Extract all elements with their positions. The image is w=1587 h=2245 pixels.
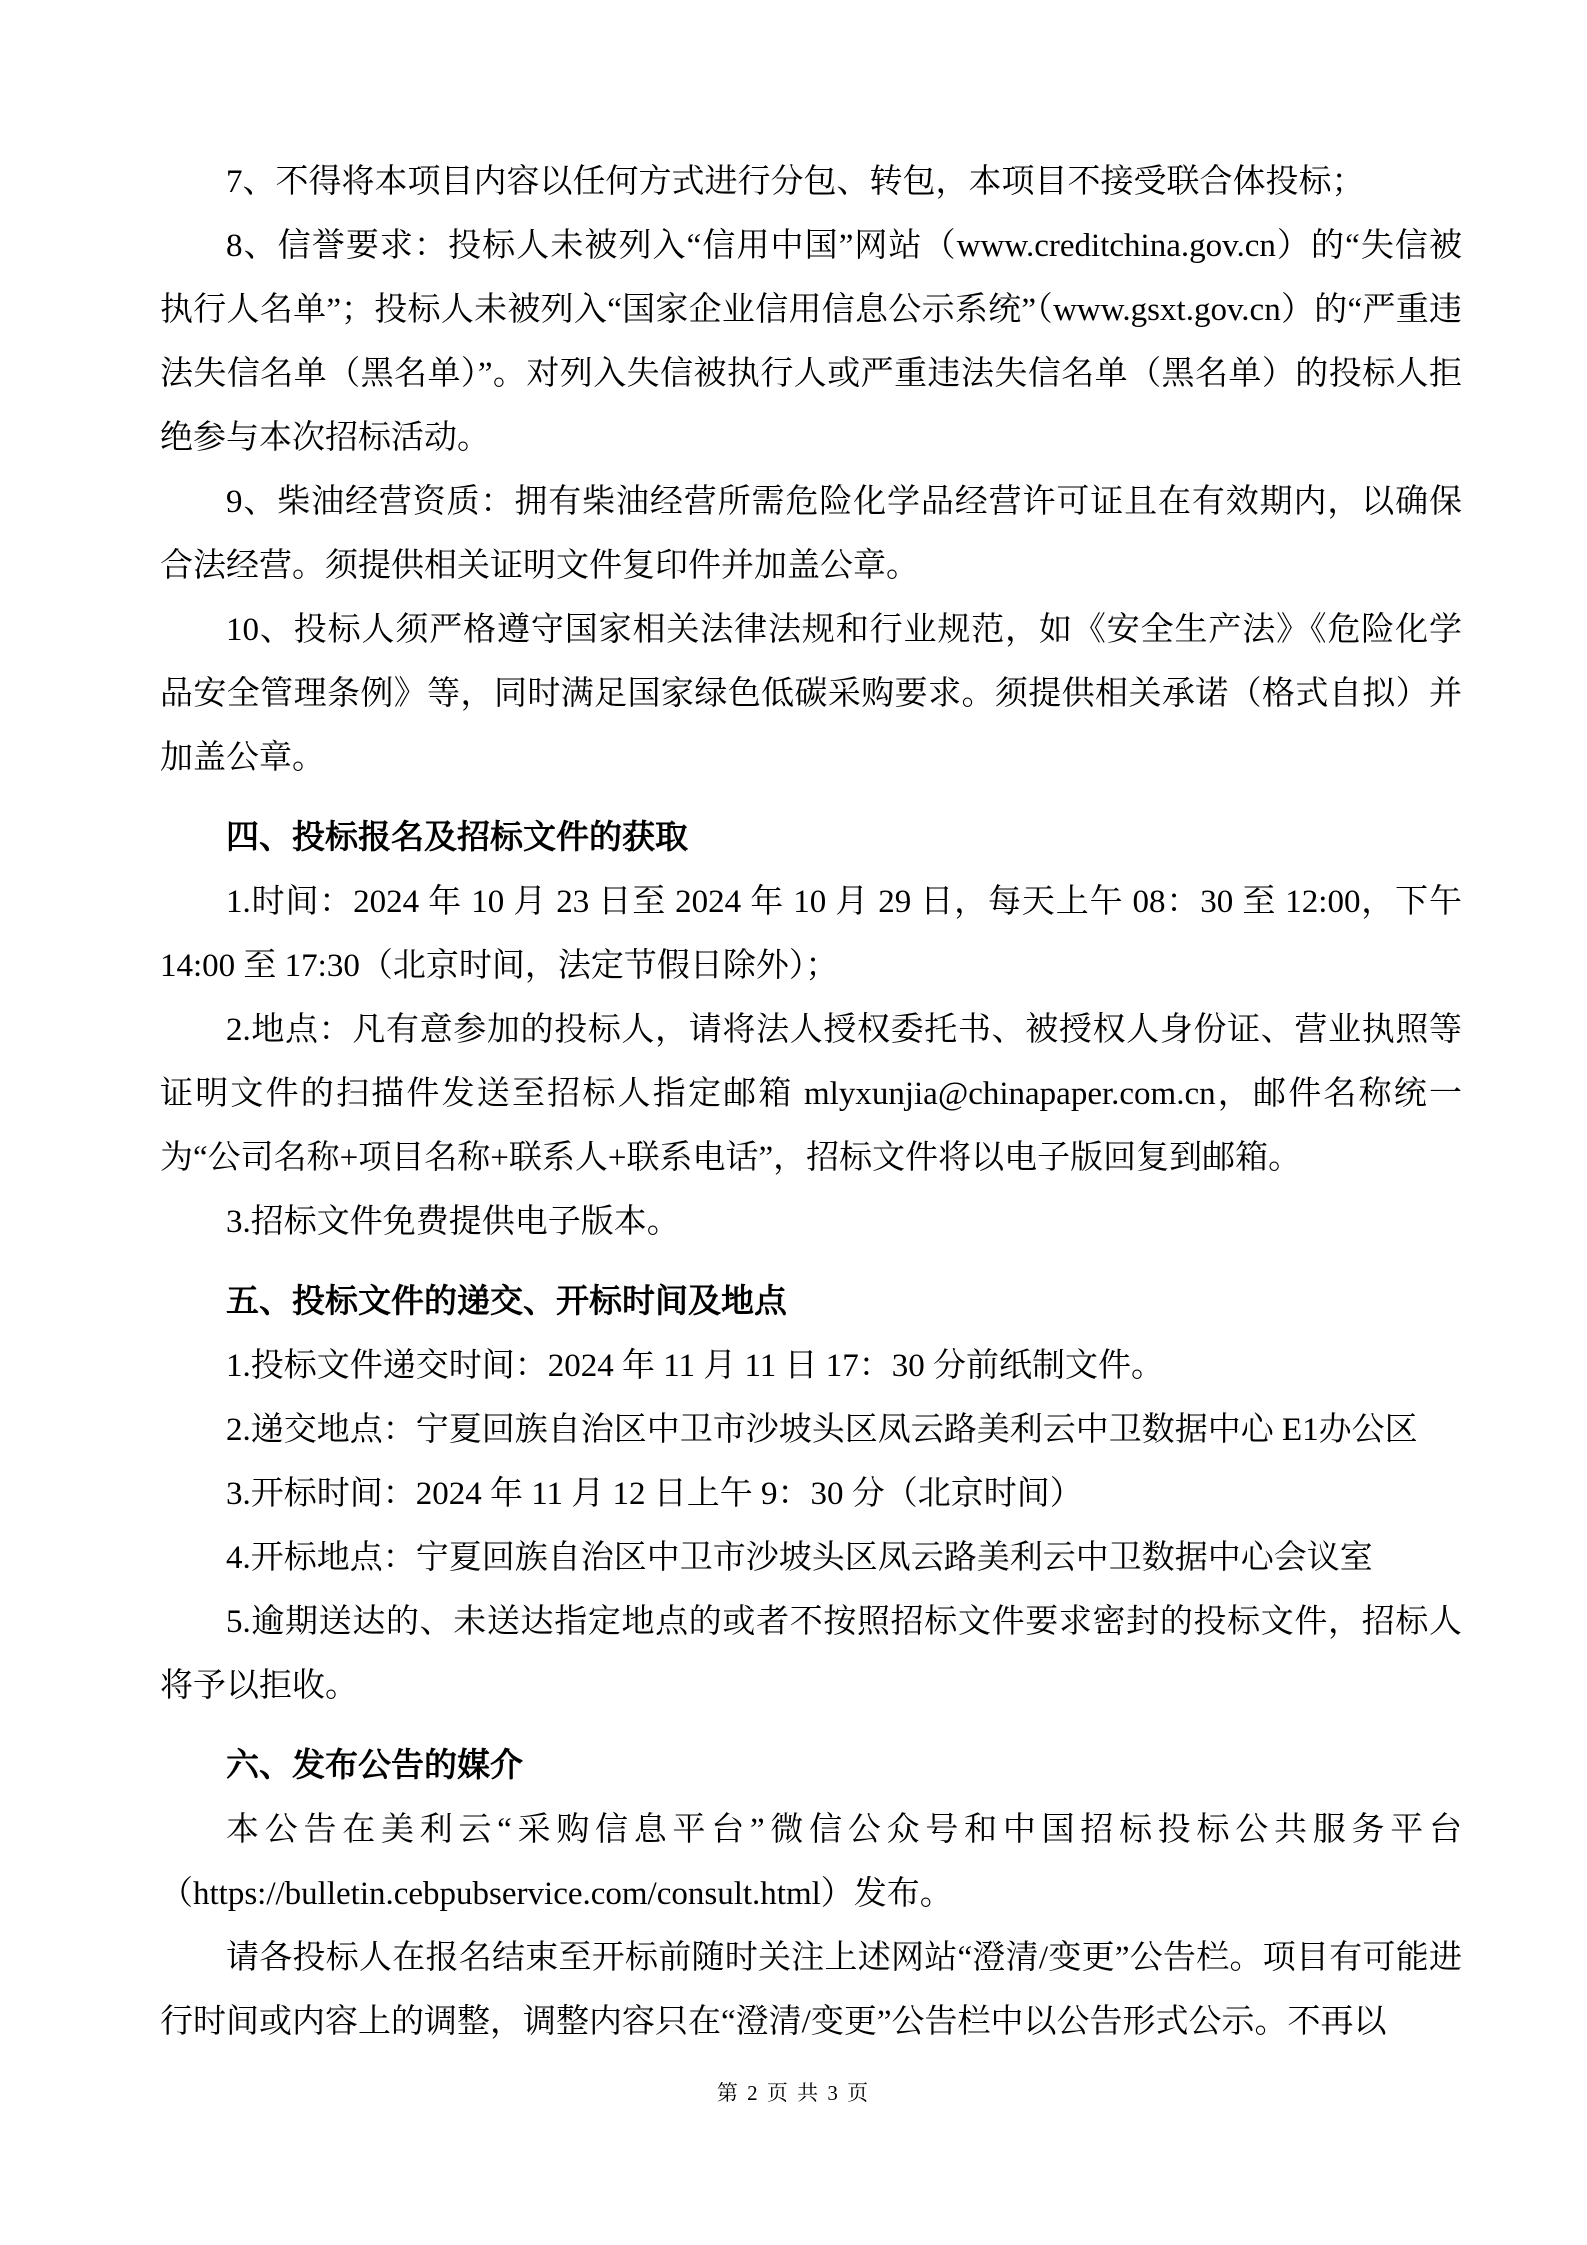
section-heading-6-media: 六、发布公告的媒介 [160, 1734, 1462, 1798]
document-page: 7、不得将本项目内容以任何方式进行分包、转包，本项目不接受联合体投标； 8、信誉… [0, 0, 1587, 2245]
section-heading-4-registration: 四、投标报名及招标文件的获取 [160, 806, 1462, 870]
document-body: 7、不得将本项目内容以任何方式进行分包、转包，本项目不接受联合体投标； 8、信誉… [160, 150, 1462, 2054]
clause-9-diesel-license: 9、柴油经营资质：拥有柴油经营所需危险化学品经营许可证且在有效期内，以确保合法经… [160, 470, 1462, 598]
section-heading-5-submission: 五、投标文件的递交、开标时间及地点 [160, 1270, 1462, 1334]
free-electronic-document: 3.招标文件免费提供电子版本。 [160, 1190, 1462, 1254]
registration-time: 1.时间：2024 年 10 月 23 日至 2024 年 10 月 29 日，… [160, 870, 1462, 998]
submission-deadline: 1.投标文件递交时间：2024 年 11 月 11 日 17：30 分前纸制文件… [160, 1334, 1462, 1398]
announcement-media: 本公告在美利云“采购信息平台”微信公众号和中国招标投标公共服务平台（https:… [160, 1798, 1462, 1926]
clarification-notice: 请各投标人在报名结束至开标前随时关注上述网站“澄清/变更”公告栏。项目有可能进行… [160, 1926, 1462, 2054]
bid-opening-address: 4.开标地点：宁夏回族自治区中卫市沙坡头区凤云路美利云中卫数据中心会议室 [160, 1526, 1462, 1590]
late-delivery-rejection: 5.逾期送达的、未送达指定地点的或者不按照招标文件要求密封的投标文件，招标人将予… [160, 1590, 1462, 1718]
submission-address: 2.递交地点：宁夏回族自治区中卫市沙坡头区凤云路美利云中卫数据中心 E1办公区 [160, 1398, 1462, 1462]
page-number-footer: 第 2 页 共 3 页 [0, 2078, 1587, 2108]
clause-8-credit: 8、信誉要求：投标人未被列入“信用中国”网站（www.creditchina.g… [160, 214, 1462, 470]
clause-7: 7、不得将本项目内容以任何方式进行分包、转包，本项目不接受联合体投标； [160, 150, 1462, 214]
bid-opening-time: 3.开标时间：2024 年 11 月 12 日上午 9：30 分（北京时间） [160, 1462, 1462, 1526]
registration-place-email: 2.地点：凡有意参加的投标人，请将法人授权委托书、被授权人身份证、营业执照等证明… [160, 998, 1462, 1190]
clause-10-regulations: 10、投标人须严格遵守国家相关法律法规和行业规范，如《安全生产法》《危险化学品安… [160, 598, 1462, 790]
